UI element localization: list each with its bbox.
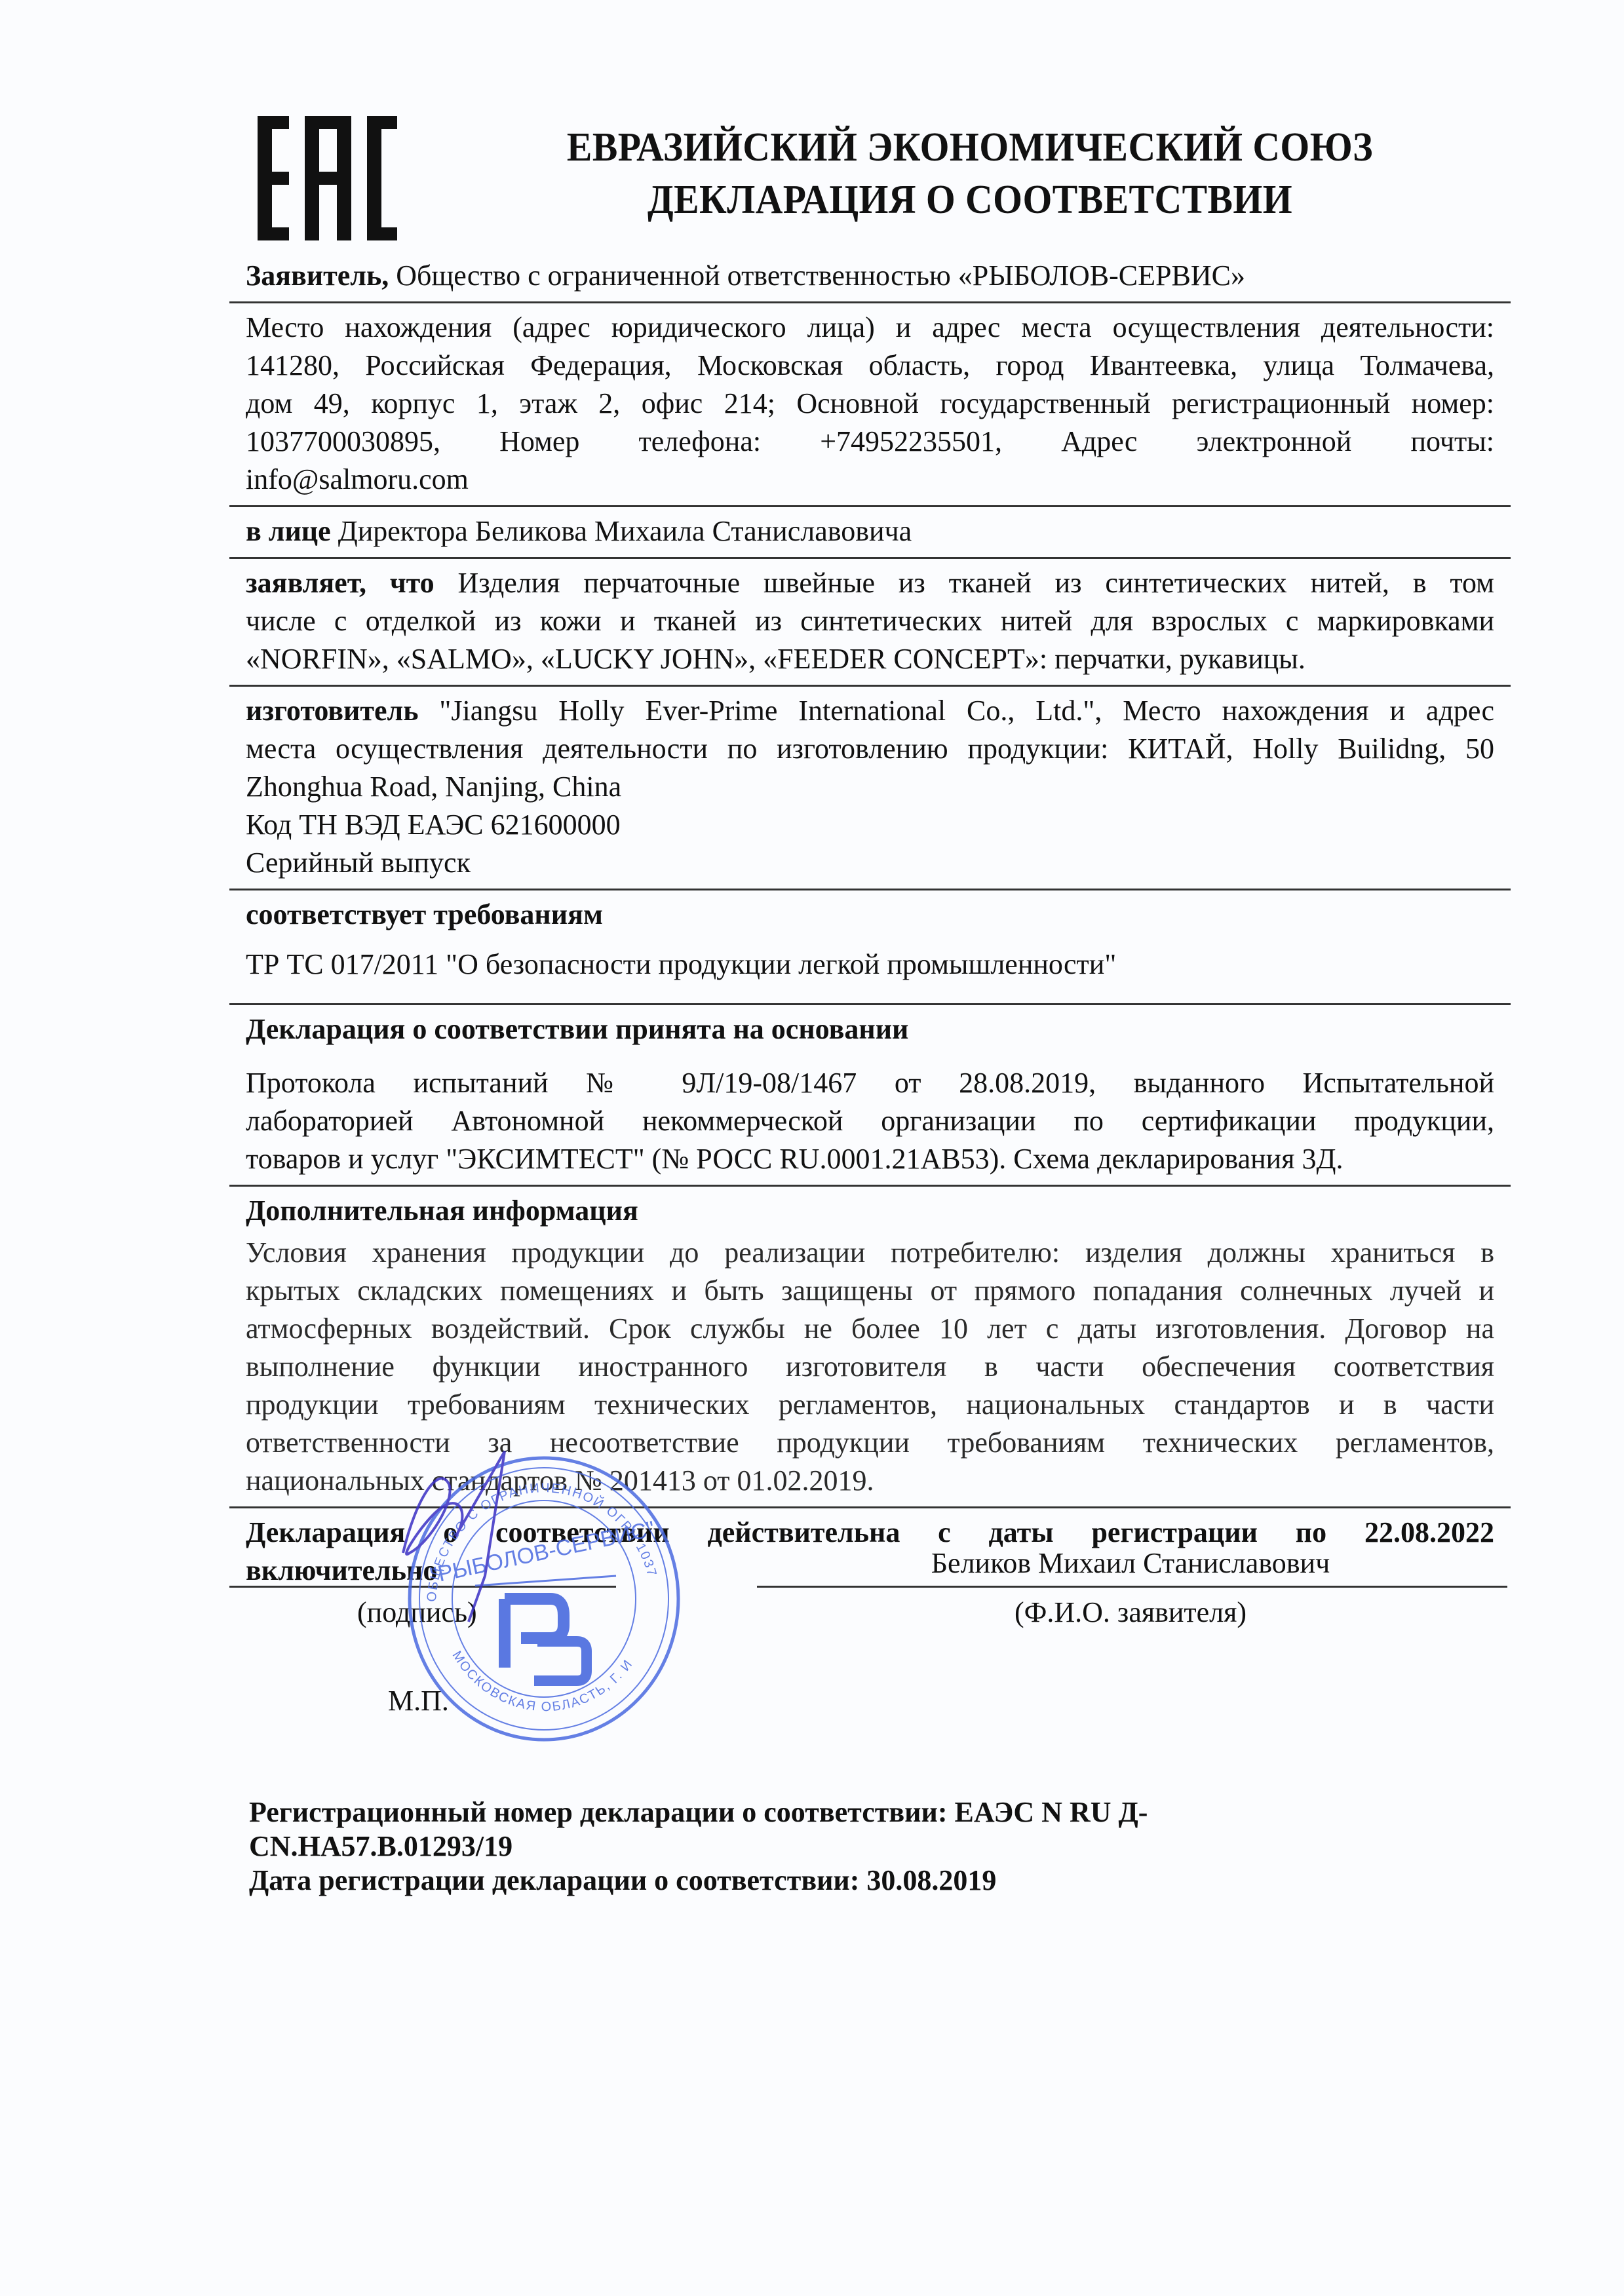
applicant-row: Заявитель, Общество с ограниченной ответ…: [246, 256, 1494, 301]
name-line: [757, 1586, 1507, 1588]
address-line: 141280, Российская Федерация, Московская…: [246, 347, 1494, 385]
basis-line: лабораторией Автономной некоммерческой о…: [246, 1102, 1494, 1140]
representative-label: в лице: [246, 515, 331, 547]
registration-number-line: Регистрационный номер декларации о соотв…: [249, 1795, 1363, 1829]
title-union: ЕВРАЗИЙСКИЙ ЭКОНОМИЧЕСКИЙ СОЮЗ: [495, 121, 1446, 174]
address-line: Место нахождения (адрес юридического лиц…: [246, 309, 1494, 347]
eac-mark-icon: [258, 116, 398, 240]
additional-label: Дополнительная информация: [246, 1192, 1494, 1230]
declares-line: заявляет, что Изделия перчаточные швейны…: [246, 564, 1494, 602]
declaration-body: Заявитель, Общество с ограниченной ответ…: [246, 256, 1494, 1596]
additional-line: крытых складских помещениях и быть защищ…: [246, 1272, 1494, 1310]
company-stamp-icon: ОБЩЕСТВО С ОГРАНИЧЕННОЙ ОГРН 10377000308…: [390, 1438, 691, 1753]
declares-line: «NORFIN», «SALMO», «LUCKY JOHN», «FEEDER…: [246, 640, 1494, 678]
applicant-name: Беликов Михаил Станиславович: [754, 1546, 1507, 1580]
address-line: 1037700030895, Номер телефона: +74952235…: [246, 423, 1494, 461]
representative-value: Директора Беликова Михаила Станиславович…: [331, 515, 912, 547]
registration-number: CN.HA57.B.01293/19: [249, 1829, 1363, 1864]
manufacturer-line: Zhonghua Road, Nanjing, China: [246, 768, 1494, 806]
representative-row: в лице Директора Беликова Михаила Станис…: [246, 507, 1494, 557]
applicant-value: Общество с ограниченной ответственностью…: [389, 259, 1245, 292]
manufacturer-text: "Jiangsu Holly Ever-Prime International …: [418, 695, 1494, 727]
basis-block: Декларация о соответствии принята на осн…: [246, 1005, 1494, 1185]
registration-date: Дата регистрации декларации о соответств…: [249, 1864, 1363, 1898]
declares-text: Изделия перчаточные швейные из тканей из…: [435, 567, 1494, 599]
email-value: info@salmoru.com: [246, 461, 1494, 499]
hs-code: Код ТН ВЭД ЕАЭС 621600000: [246, 806, 1494, 844]
address-block: Место нахождения (адрес юридического лиц…: [246, 303, 1494, 505]
basis-line: товаров и услуг "ЭКСИМТЕСТ" (№ РОСС RU.0…: [246, 1140, 1494, 1178]
applicant-label: Заявитель,: [246, 259, 389, 292]
complies-label: соответствует требованиям: [246, 896, 1494, 934]
regulation: ТР ТС 017/2011 "О безопасности продукции…: [246, 946, 1494, 984]
production-type: Серийный выпуск: [246, 844, 1494, 882]
additional-line: Условия хранения продукции до реализации…: [246, 1234, 1494, 1272]
additional-line: атмосферных воздействий. Срок службы не …: [246, 1310, 1494, 1348]
address-line: дом 49, корпус 1, этаж 2, офис 214; Осно…: [246, 385, 1494, 423]
additional-line: выполнение функции иностранного изготови…: [246, 1348, 1494, 1386]
document-title: ЕВРАЗИЙСКИЙ ЭКОНОМИЧЕСКИЙ СОЮЗ ДЕКЛАРАЦИ…: [495, 121, 1446, 226]
declares-label: заявляет, что: [246, 567, 435, 599]
declaration-page: ЕВРАЗИЙСКИЙ ЭКОНОМИЧЕСКИЙ СОЮЗ ДЕКЛАРАЦИ…: [0, 0, 1624, 2296]
additional-line: продукции требованиям технических реглам…: [246, 1386, 1494, 1424]
basis-line: Протокола испытаний № 9Л/19-08/1467 от 2…: [246, 1064, 1494, 1102]
manufacturer-line: места осуществления деятельности по изго…: [246, 730, 1494, 768]
declares-block: заявляет, что Изделия перчаточные швейны…: [246, 559, 1494, 685]
manufacturer-line: изготовитель "Jiangsu Holly Ever-Prime I…: [246, 692, 1494, 730]
manufacturer-label: изготовитель: [246, 695, 418, 727]
title-declaration: ДЕКЛАРАЦИЯ О СООТВЕТСТВИИ: [495, 174, 1446, 226]
registration-block: Регистрационный номер декларации о соотв…: [249, 1795, 1363, 1898]
declares-line: числе с отделкой из кожи и тканей из син…: [246, 602, 1494, 640]
name-caption: (Ф.И.О. заявителя): [754, 1596, 1507, 1629]
complies-block: соответствует требованиям ТР ТС 017/2011…: [246, 890, 1494, 1003]
manufacturer-block: изготовитель "Jiangsu Holly Ever-Prime I…: [246, 687, 1494, 889]
basis-label: Декларация о соответствии принята на осн…: [246, 1010, 1494, 1048]
